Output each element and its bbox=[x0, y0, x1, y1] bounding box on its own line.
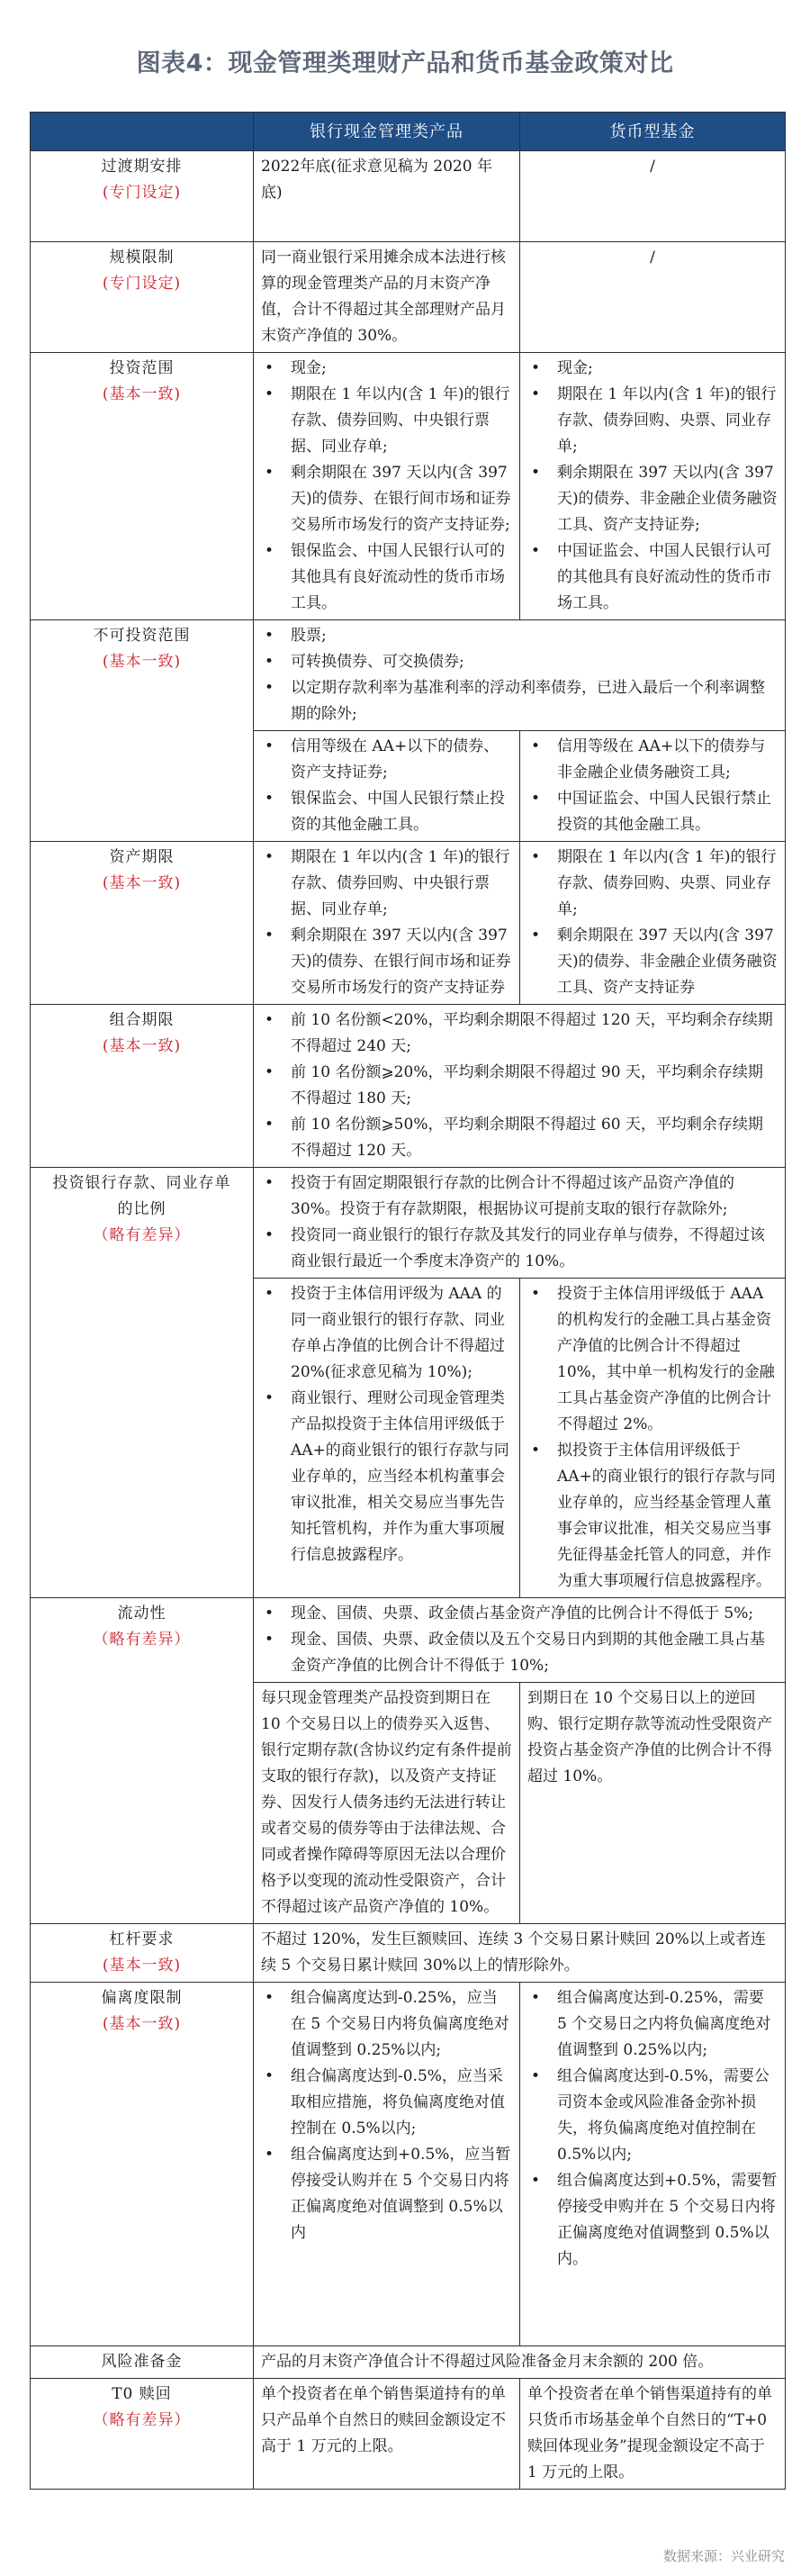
bank-cell: 组合偏离度达到-0.25%，应当在 5 个交易日内将负偏离度绝对值调整到 0.2… bbox=[254, 1983, 520, 2346]
bullet-list: 组合偏离度达到-0.25%，应当在 5 个交易日内将负偏离度绝对值调整到 0.2… bbox=[261, 1985, 512, 2246]
bullet-list: 投资于主体信用评级低于 AAA 的机构发行的金融工具占基金资产净值的比例合计不得… bbox=[527, 1281, 778, 1595]
list-item: 投资于有固定期限银行存款的比例合计不得超过该产品资产净值的 30%。投资于有存款… bbox=[261, 1170, 778, 1223]
row-tag: (基本一致) bbox=[38, 649, 246, 675]
list-item: 中国证监会、中国人民银行禁止投资的其他金融工具。 bbox=[527, 786, 778, 838]
bullet-list: 信用等级在 AA+以下的债券、资产支持证券; 银保监会、中国人民银行禁止投资的其… bbox=[261, 734, 512, 838]
row-header: T0 赎回 （略有差异） bbox=[31, 2379, 254, 2490]
list-item: 股票; bbox=[261, 623, 778, 649]
list-item: 中国证监会、中国人民银行认可的其他具有良好流动性的货币市场工具。 bbox=[527, 538, 778, 617]
table-row-leverage: 杠杆要求 (基本一致) 不超过 120%，发生巨额赎回、连续 3 个交易日累计赎… bbox=[31, 1924, 786, 1983]
bullet-list: 现金、国债、央票、政金债占基金资产净值的比例合计不得低于 5%; 现金、国债、央… bbox=[261, 1601, 778, 1679]
shared-cell: 现金、国债、央票、政金债占基金资产净值的比例合计不得低于 5%; 现金、国债、央… bbox=[254, 1598, 786, 1683]
list-item: 现金、国债、央票、政金债占基金资产净值的比例合计不得低于 5%; bbox=[261, 1601, 778, 1627]
shared-cell: 产品的月末资产净值合计不得超过风险准备金月末余额的 200 倍。 bbox=[254, 2346, 786, 2379]
list-item: 前 10 名份额<20%，平均剩余期限不得超过 120 天，平均剩余存续期不得超… bbox=[261, 1008, 778, 1060]
row-label: 流动性 bbox=[38, 1601, 246, 1627]
shared-cell: 股票; 可转换债券、可交换债券; 以定期存款利率为基准利率的浮动利率债券，已进入… bbox=[254, 620, 786, 731]
list-item: 剩余期限在 397 天以内(含 397 天)的债券、非金融企业债务融资工具、资产… bbox=[527, 460, 778, 538]
table-row-deviation: 偏离度限制 (基本一致) 组合偏离度达到-0.25%，应当在 5 个交易日内将负… bbox=[31, 1983, 786, 2346]
list-item: 组合偏离度达到+0.5%，需要暂停接受申购并在 5 个交易日内将正偏离度绝对值调… bbox=[527, 2168, 778, 2273]
fund-cell: 期限在 1 年以内(含 1 年)的银行存款、债券回购、央票、同业存单; 剩余期限… bbox=[520, 842, 786, 1005]
bullet-list: 现金; 期限在 1 年以内(含 1 年)的银行存款、债券回购、中央银行票据、同业… bbox=[261, 356, 512, 617]
shared-cell: 投资于有固定期限银行存款的比例合计不得超过该产品资产净值的 30%。投资于有存款… bbox=[254, 1168, 786, 1279]
bullet-list: 组合偏离度达到-0.25%，需要 5 个交易日之内将负偏离度绝对值调整到 0.2… bbox=[527, 1985, 778, 2273]
row-label: 投资范围 bbox=[38, 356, 246, 382]
bank-cell: 期限在 1 年以内(含 1 年)的银行存款、债券回购、中央银行票据、同业存单; … bbox=[254, 842, 520, 1005]
fund-cell: 组合偏离度达到-0.25%，需要 5 个交易日之内将负偏离度绝对值调整到 0.2… bbox=[520, 1983, 786, 2346]
bullet-list: 期限在 1 年以内(含 1 年)的银行存款、债券回购、央票、同业存单; 剩余期限… bbox=[527, 845, 778, 1001]
bank-cell: 现金; 期限在 1 年以内(含 1 年)的银行存款、债券回购、中央银行票据、同业… bbox=[254, 353, 520, 620]
table-row-scope: 投资范围 (基本一致) 现金; 期限在 1 年以内(含 1 年)的银行存款、债券… bbox=[31, 353, 786, 620]
row-label: 规模限制 bbox=[38, 245, 246, 271]
data-source: 数据来源：兴业研究 bbox=[663, 2546, 785, 2565]
list-item: 信用等级在 AA+以下的债券、资产支持证券; bbox=[261, 734, 512, 786]
bank-cell: 同一商业银行采用摊余成本法进行核算的现金管理类产品的月末资产净值，合计不得超过其… bbox=[254, 242, 520, 353]
list-item: 拟投资于主体信用评级低于 AA+的商业银行的银行存款与同业存单的，应当经基金管理… bbox=[527, 1438, 778, 1595]
table-row-t0: T0 赎回 （略有差异） 单个投资者在单个销售渠道持有的单只产品单个自然日的赎回… bbox=[31, 2379, 786, 2490]
fund-cell: 到期日在 10 个交易日以上的逆回购、银行定期存款等流动性受限资产投资占基金资产… bbox=[520, 1683, 786, 1924]
row-label: 投资银行存款、同业存单的比例 bbox=[38, 1170, 246, 1223]
list-item: 组合偏离度达到-0.25%，需要 5 个交易日之内将负偏离度绝对值调整到 0.2… bbox=[527, 1985, 778, 2064]
bank-cell: 信用等级在 AA+以下的债券、资产支持证券; 银保监会、中国人民银行禁止投资的其… bbox=[254, 731, 520, 842]
list-item: 组合偏离度达到-0.25%，应当在 5 个交易日内将负偏离度绝对值调整到 0.2… bbox=[261, 1985, 512, 2064]
table-row-liquidity: 流动性 （略有差异） 现金、国债、央票、政金债占基金资产净值的比例合计不得低于 … bbox=[31, 1598, 786, 1683]
bullet-list: 投资于有固定期限银行存款的比例合计不得超过该产品资产净值的 30%。投资于有存款… bbox=[261, 1170, 778, 1275]
table-row-deposit-ratio: 投资银行存款、同业存单的比例 （略有差异） 投资于有固定期限银行存款的比例合计不… bbox=[31, 1168, 786, 1279]
row-tag: (基本一致) bbox=[38, 1953, 246, 1979]
row-label: 风险准备金 bbox=[38, 2349, 246, 2375]
table-row-portfolio-term: 组合期限 (基本一致) 前 10 名份额<20%，平均剩余期限不得超过 120 … bbox=[31, 1005, 786, 1168]
list-item: 剩余期限在 397 天以内(含 397 天)的债券、非金融企业债务融资工具、资产… bbox=[527, 923, 778, 1001]
list-item: 期限在 1 年以内(含 1 年)的银行存款、债券回购、中央银行票据、同业存单; bbox=[261, 845, 512, 923]
list-item: 信用等级在 AA+以下的债券与非金融企业债务融资工具; bbox=[527, 734, 778, 786]
row-tag: (专门设定) bbox=[38, 180, 246, 206]
row-tag: (基本一致) bbox=[38, 2011, 246, 2038]
bullet-list: 前 10 名份额<20%，平均剩余期限不得超过 120 天，平均剩余存续期不得超… bbox=[261, 1008, 778, 1164]
list-item: 组合偏离度达到-0.5%，需要公司资本金或风险准备金弥补损失，将负偏离度绝对值控… bbox=[527, 2064, 778, 2168]
row-tag: （略有差异） bbox=[38, 1223, 246, 1249]
bank-cell: 投资于主体信用评级为 AAA 的同一商业银行的银行存款、同业存单占净值的比例合计… bbox=[254, 1279, 520, 1598]
row-label: 偏离度限制 bbox=[38, 1985, 246, 2011]
row-header: 投资范围 (基本一致) bbox=[31, 353, 254, 620]
chart-title: 图表4：现金管理类理财产品和货币基金政策对比 bbox=[0, 43, 810, 78]
row-header: 投资银行存款、同业存单的比例 （略有差异） bbox=[31, 1168, 254, 1598]
fund-cell: 现金; 期限在 1 年以内(含 1 年)的银行存款、债券回购、央票、同业存单; … bbox=[520, 353, 786, 620]
list-item: 现金; bbox=[261, 356, 512, 382]
row-header: 组合期限 (基本一致) bbox=[31, 1005, 254, 1168]
table-row-scale: 规模限制 (专门设定) 同一商业银行采用摊余成本法进行核算的现金管理类产品的月末… bbox=[31, 242, 786, 353]
list-item: 剩余期限在 397 天以内(含 397 天)的债券、在银行间市场和证券交易所市场… bbox=[261, 460, 512, 538]
list-item: 剩余期限在 397 天以内(含 397 天)的债券、在银行间市场和证券交易所市场… bbox=[261, 923, 512, 1001]
list-item: 以定期存款利率为基准利率的浮动利率债券，已进入最后一个利率调整期的除外; bbox=[261, 675, 778, 728]
bank-cell: 单个投资者在单个销售渠道持有的单只产品单个自然日的赎回金额设定不高于 1 万元的… bbox=[254, 2379, 520, 2490]
comparison-table: 银行现金管理类产品 货币型基金 过渡期安排 (专门设定) 2022年底(征求意见… bbox=[30, 112, 786, 2490]
list-item: 期限在 1 年以内(含 1 年)的银行存款、债券回购、央票、同业存单; bbox=[527, 845, 778, 923]
row-header: 流动性 （略有差异） bbox=[31, 1598, 254, 1924]
list-item: 银保监会、中国人民银行禁止投资的其他金融工具。 bbox=[261, 786, 512, 838]
row-label: 不可投资范围 bbox=[38, 623, 246, 649]
table-row-excluded: 不可投资范围 (基本一致) 股票; 可转换债券、可交换债券; 以定期存款利率为基… bbox=[31, 620, 786, 731]
list-item: 组合偏离度达到+0.5%，应当暂停接受认购并在 5 个交易日内将正偏离度绝对值调… bbox=[261, 2142, 512, 2246]
row-label: 杠杆要求 bbox=[38, 1927, 246, 1953]
row-label: T0 赎回 bbox=[38, 2382, 246, 2408]
list-item: 现金、国债、央票、政金债以及五个交易日内到期的其他金融工具占基金资产净值的比例合… bbox=[261, 1627, 778, 1679]
row-tag: (基本一致) bbox=[38, 382, 246, 408]
bullet-list: 现金; 期限在 1 年以内(含 1 年)的银行存款、债券回购、央票、同业存单; … bbox=[527, 356, 778, 617]
header-bank-products: 银行现金管理类产品 bbox=[254, 113, 520, 151]
row-tag: （略有差异） bbox=[38, 2408, 246, 2434]
row-header: 偏离度限制 (基本一致) bbox=[31, 1983, 254, 2346]
row-label: 组合期限 bbox=[38, 1008, 246, 1034]
fund-cell: 单个投资者在单个销售渠道持有的单只货币市场基金单个自然日的“T+0 赎回体现业务… bbox=[520, 2379, 786, 2490]
row-header: 杠杆要求 (基本一致) bbox=[31, 1924, 254, 1983]
list-item: 组合偏离度达到-0.5%，应当采取相应措施，将负偏离度绝对值控制在 0.5%以内… bbox=[261, 2064, 512, 2142]
fund-cell: 投资于主体信用评级低于 AAA 的机构发行的金融工具占基金资产净值的比例合计不得… bbox=[520, 1279, 786, 1598]
row-header: 资产期限 (基本一致) bbox=[31, 842, 254, 1005]
row-header: 过渡期安排 (专门设定) bbox=[31, 151, 254, 242]
list-item: 投资于主体信用评级低于 AAA 的机构发行的金融工具占基金资产净值的比例合计不得… bbox=[527, 1281, 778, 1438]
fund-cell: / bbox=[520, 242, 786, 353]
list-item: 投资于主体信用评级为 AAA 的同一商业银行的银行存款、同业存单占净值的比例合计… bbox=[261, 1281, 512, 1386]
list-item: 期限在 1 年以内(含 1 年)的银行存款、债券回购、央票、同业存单; bbox=[527, 382, 778, 460]
list-item: 期限在 1 年以内(含 1 年)的银行存款、债券回购、中央银行票据、同业存单; bbox=[261, 382, 512, 460]
bullet-list: 期限在 1 年以内(含 1 年)的银行存款、债券回购、中央银行票据、同业存单; … bbox=[261, 845, 512, 1001]
bank-cell: 2022年底(征求意见稿为 2020 年底) bbox=[254, 151, 520, 242]
row-header: 风险准备金 bbox=[31, 2346, 254, 2379]
row-label: 过渡期安排 bbox=[38, 154, 246, 180]
list-item: 前 10 名份额⩾50%，平均剩余期限不得超过 60 天，平均剩余存续期不得超过… bbox=[261, 1112, 778, 1164]
table-row-asset-term: 资产期限 (基本一致) 期限在 1 年以内(含 1 年)的银行存款、债券回购、中… bbox=[31, 842, 786, 1005]
row-header: 规模限制 (专门设定) bbox=[31, 242, 254, 353]
shared-cell: 前 10 名份额<20%，平均剩余期限不得超过 120 天，平均剩余存续期不得超… bbox=[254, 1005, 786, 1168]
header-blank bbox=[31, 113, 254, 151]
list-item: 投资同一商业银行的银行存款及其发行的同业存单与债券，不得超过该商业银行最近一个季… bbox=[261, 1223, 778, 1275]
table-row-reserve: 风险准备金 产品的月末资产净值合计不得超过风险准备金月末余额的 200 倍。 bbox=[31, 2346, 786, 2379]
bullet-list: 股票; 可转换债券、可交换债券; 以定期存款利率为基准利率的浮动利率债券，已进入… bbox=[261, 623, 778, 728]
row-tag: （略有差异） bbox=[38, 1627, 246, 1653]
list-item: 银保监会、中国人民银行认可的其他具有良好流动性的货币市场工具。 bbox=[261, 538, 512, 617]
list-item: 商业银行、理财公司现金管理类产品拟投资于主体信用评级低于 AA+的商业银行的银行… bbox=[261, 1386, 512, 1568]
table-header-row: 银行现金管理类产品 货币型基金 bbox=[31, 113, 786, 151]
list-item: 现金; bbox=[527, 356, 778, 382]
bank-cell: 每只现金管理类产品投资到期日在 10 个交易日以上的债券买入返售、银行定期存款(… bbox=[254, 1683, 520, 1924]
row-tag: (基本一致) bbox=[38, 871, 246, 897]
row-header: 不可投资范围 (基本一致) bbox=[31, 620, 254, 842]
fund-cell: 信用等级在 AA+以下的债券与非金融企业债务融资工具; 中国证监会、中国人民银行… bbox=[520, 731, 786, 842]
header-money-funds: 货币型基金 bbox=[520, 113, 786, 151]
row-label: 资产期限 bbox=[38, 845, 246, 871]
fund-cell: / bbox=[520, 151, 786, 242]
bullet-list: 投资于主体信用评级为 AAA 的同一商业银行的银行存款、同业存单占净值的比例合计… bbox=[261, 1281, 512, 1568]
list-item: 前 10 名份额⩾20%，平均剩余期限不得超过 90 天，平均剩余存续期不得超过… bbox=[261, 1060, 778, 1112]
row-tag: (基本一致) bbox=[38, 1034, 246, 1060]
shared-cell: 不超过 120%，发生巨额赎回、连续 3 个交易日累计赎回 20%以上或者连续 … bbox=[254, 1924, 786, 1983]
bullet-list: 信用等级在 AA+以下的债券与非金融企业债务融资工具; 中国证监会、中国人民银行… bbox=[527, 734, 778, 838]
list-item: 可转换债券、可交换债券; bbox=[261, 649, 778, 675]
row-tag: (专门设定) bbox=[38, 271, 246, 297]
table-row-transition: 过渡期安排 (专门设定) 2022年底(征求意见稿为 2020 年底) / bbox=[31, 151, 786, 242]
